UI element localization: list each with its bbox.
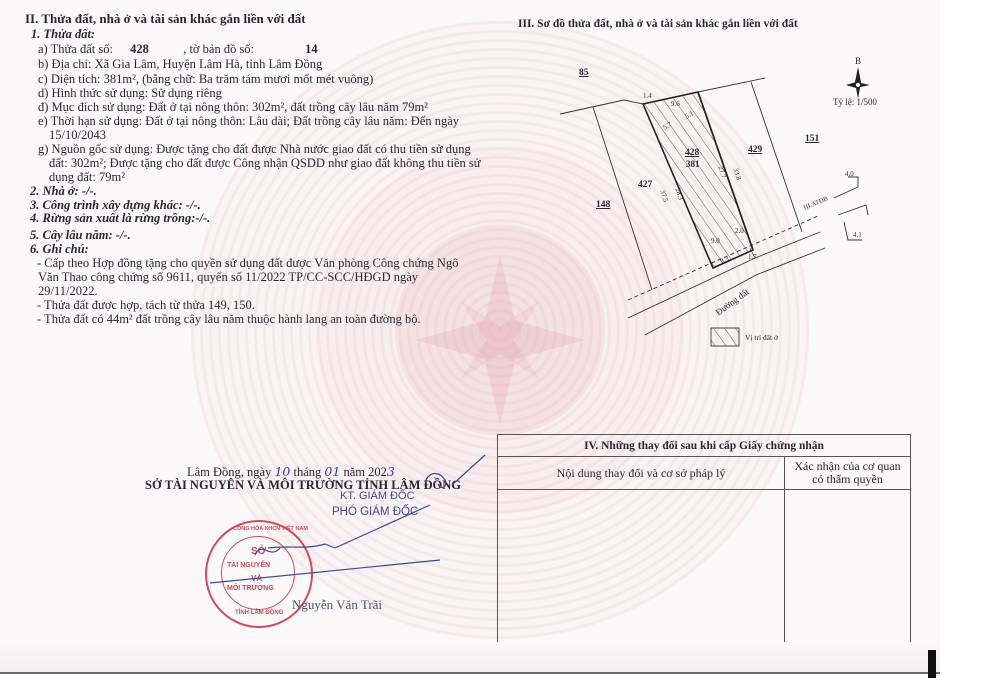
confirmation-cell (785, 490, 911, 644)
registry-number-line: Số vào sổ cấp GCN:CS.04009........ (35, 652, 220, 668)
certificate-page: II. Thửa đất, nhà ở và tài sản khác gắn … (0, 0, 940, 674)
column-header-confirmation: Xác nhận của cơ quan có thẩm quyền (785, 457, 911, 490)
changes-content-cell (498, 490, 785, 644)
registry-number: 04009 (156, 652, 196, 667)
page-corner-shadow (928, 650, 936, 678)
changes-table: IV. Những thay đổi sau khi cấp Giấy chứn… (497, 434, 911, 644)
column-header-changes: Nội dung thay đổi và cơ sở pháp lý (498, 457, 785, 490)
registry-dots: ........ (195, 653, 220, 667)
section4-title: IV. Những thay đổi sau khi cấp Giấy chứn… (498, 435, 911, 457)
column-header-line: có thẩm quyền (785, 473, 910, 486)
registry-label: Số vào sổ cấp GCN:CS. (35, 653, 156, 667)
signer-name: Nguyễn Văn Trãi (292, 597, 382, 613)
